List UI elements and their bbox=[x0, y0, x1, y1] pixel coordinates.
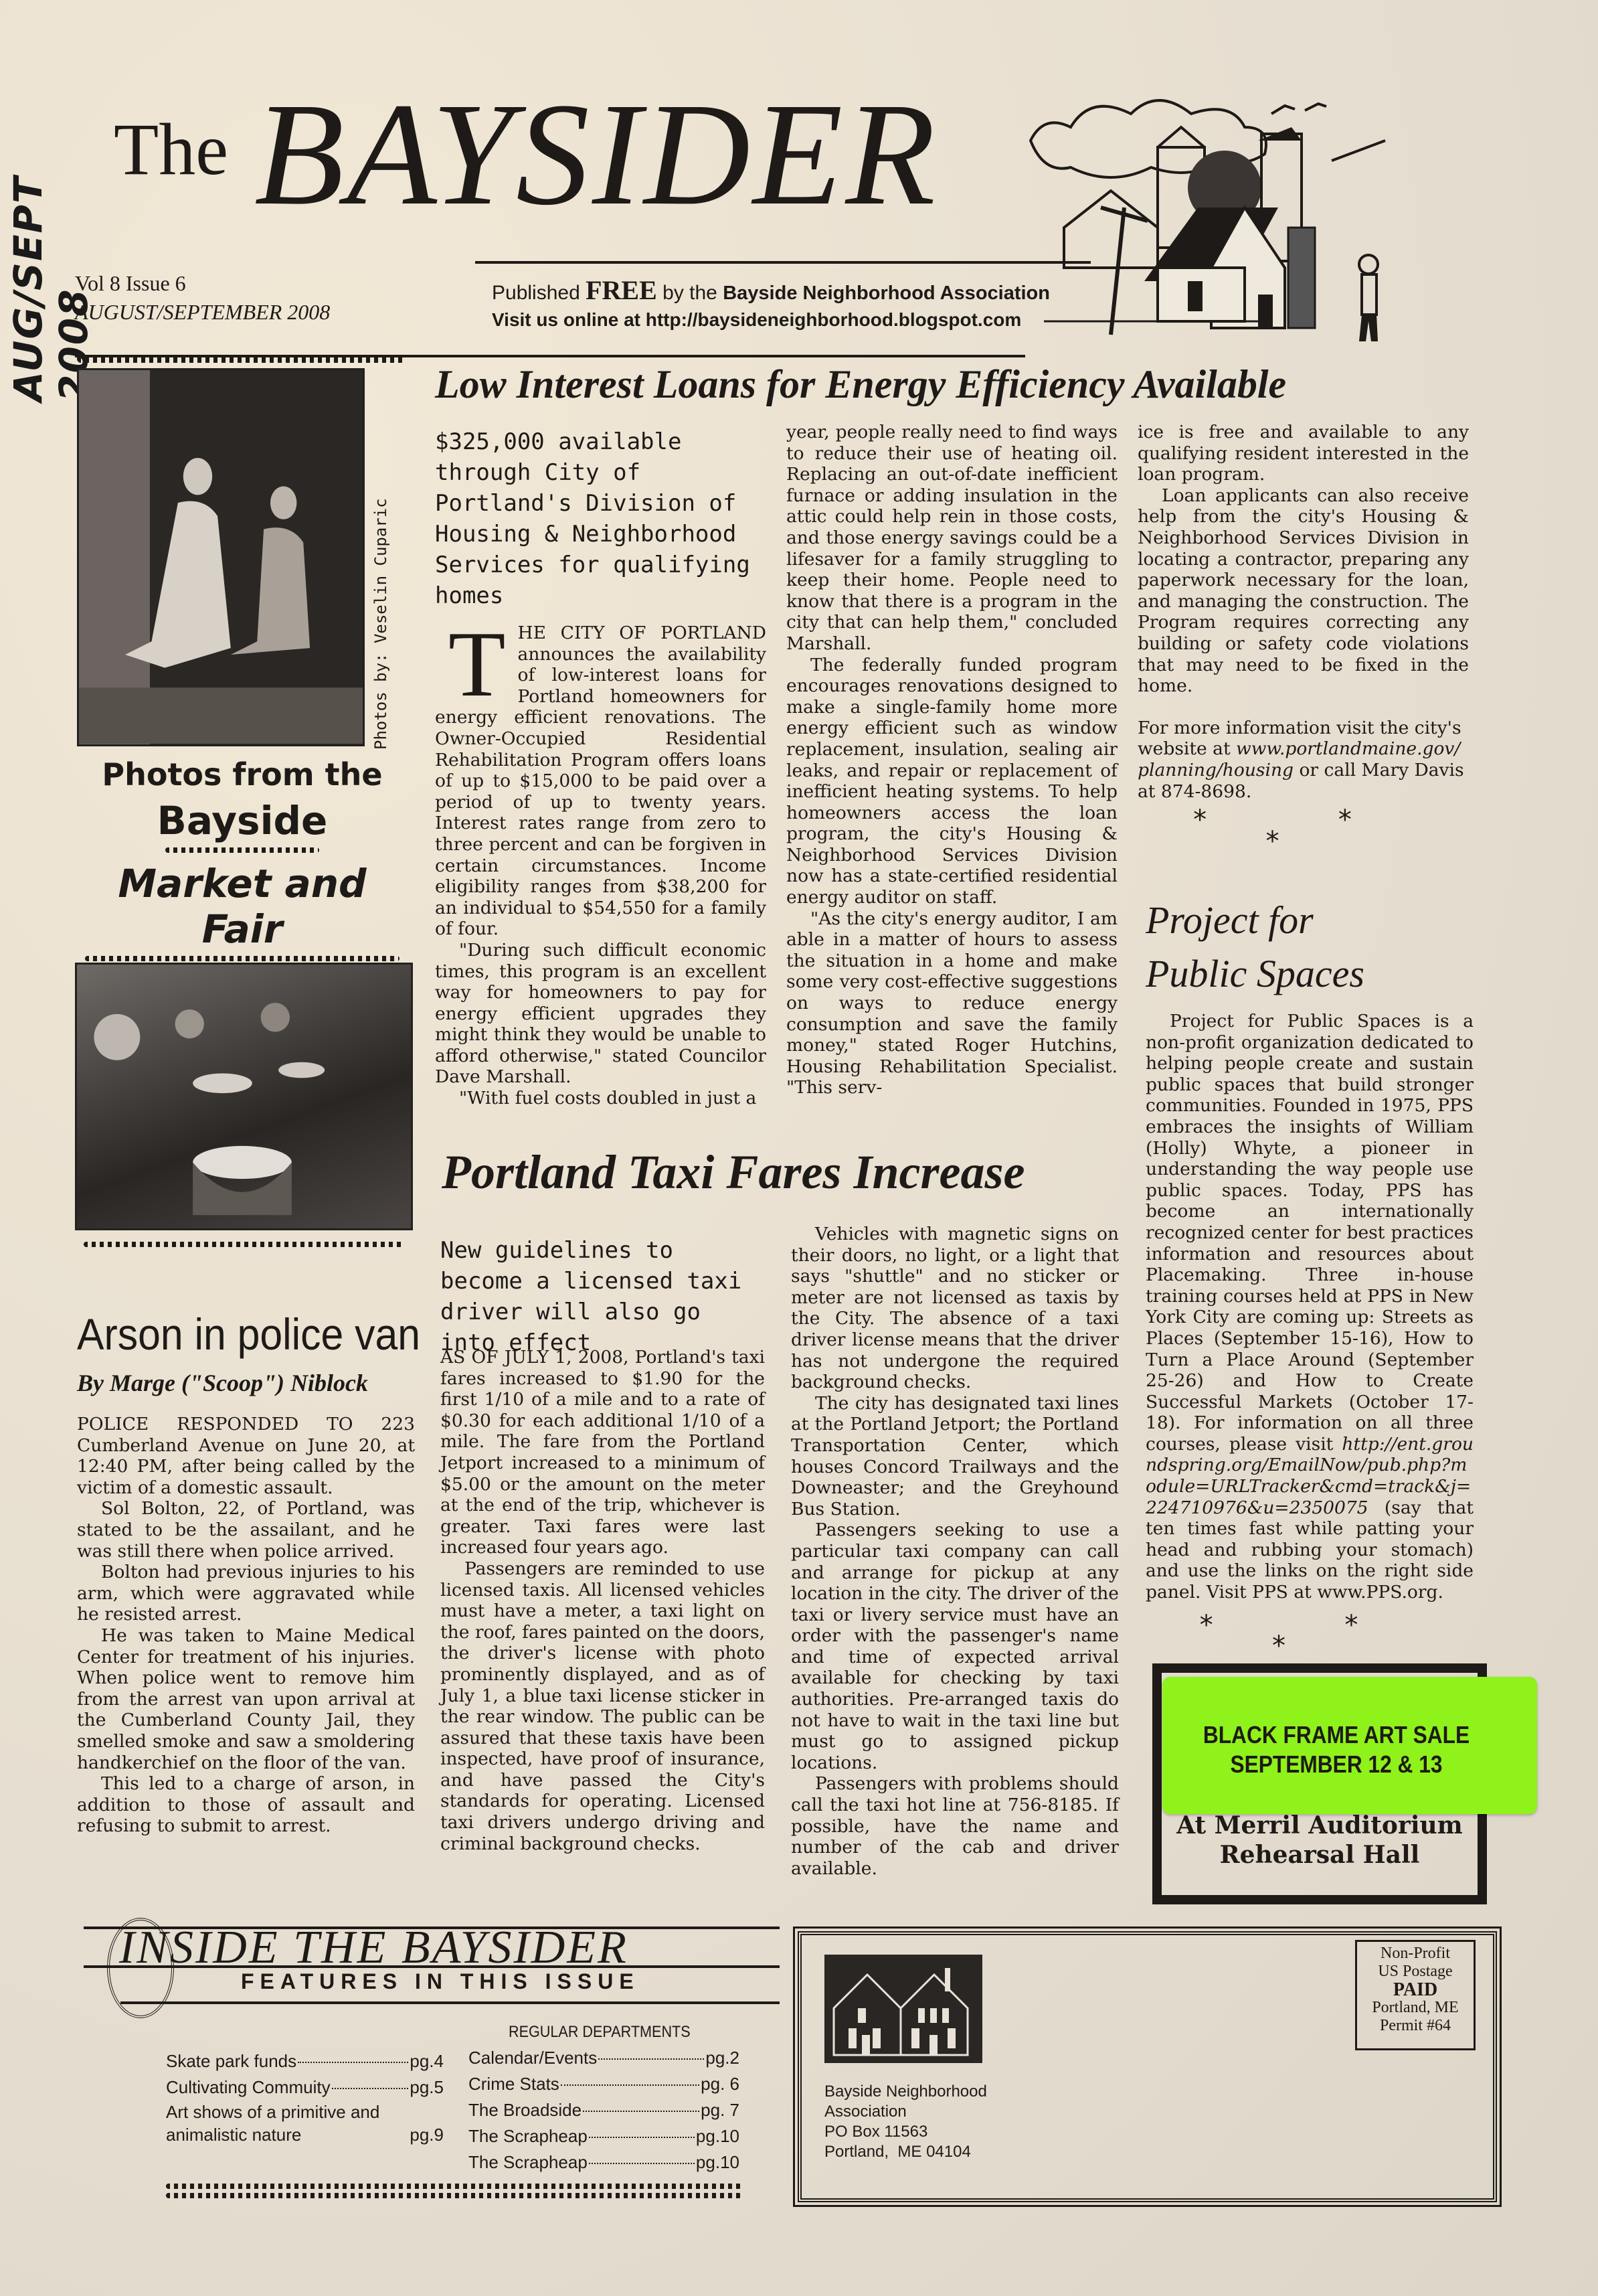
section-separator: * * * bbox=[1146, 1615, 1474, 1657]
toc-item[interactable]: The Broadsidepg. 7 bbox=[468, 2097, 739, 2123]
paragraph: Sol Bolton, 22, of Portland, was stated … bbox=[77, 1498, 415, 1562]
address-line: Association bbox=[824, 2102, 987, 2122]
promo-wavy-rule bbox=[165, 847, 319, 853]
paragraph: He was taken to Maine Medical Center for… bbox=[77, 1625, 415, 1773]
pps-body: Project for Public Spaces is a non-profi… bbox=[1146, 1011, 1474, 1657]
arson-headline[interactable]: Arson in police van bbox=[77, 1309, 420, 1360]
published-prefix: Published bbox=[492, 282, 580, 304]
toc-label: Calendar/Events bbox=[468, 2045, 597, 2071]
paragraph: Vehicles with magnetic signs on their do… bbox=[791, 1224, 1119, 1393]
published-free: FREE bbox=[586, 275, 657, 305]
arson-byline: By Marge ("Scoop") Niblock bbox=[77, 1369, 368, 1397]
masthead-title: BAYSIDER bbox=[254, 80, 938, 228]
paragraph: This led to a charge of arson, in additi… bbox=[77, 1773, 415, 1837]
taxi-column-2: Vehicles with magnetic signs on their do… bbox=[791, 1224, 1119, 1879]
neighborhood-houses-illustration-icon bbox=[957, 94, 1399, 348]
toc-page: pg.2 bbox=[705, 2045, 739, 2071]
loans-column-2: year, people really need to find ways to… bbox=[786, 422, 1118, 1098]
taxi-column-1: AS OF JULY 1, 2008, Portland's taxi fare… bbox=[440, 1347, 765, 1854]
dancers-silhouette-icon bbox=[79, 370, 363, 744]
promo-line3: Market and Fair bbox=[75, 861, 410, 952]
toc-item[interactable]: Cultivating Commuitypg.5 bbox=[166, 2074, 444, 2101]
toc-label: The Broadside bbox=[468, 2097, 582, 2123]
paragraph: POLICE RESPONDED TO 223 Cumberland Avenu… bbox=[77, 1414, 415, 1498]
toc-item[interactable]: Crime Statspg. 6 bbox=[468, 2071, 739, 2097]
art-sale-venue: At Merril Auditorium Rehearsal Hall bbox=[1162, 1811, 1478, 1870]
toc-label: Cultivating Commuity bbox=[166, 2074, 331, 2101]
photo-credit: Photos by: Veselin Cuparic bbox=[371, 375, 398, 750]
website-link[interactable]: Visit us online at http://baysideneighbo… bbox=[492, 309, 1021, 331]
pps-text: Project for Public Spaces is a non-profi… bbox=[1146, 1011, 1474, 1455]
toc-label: Crime Stats bbox=[468, 2071, 559, 2097]
inside-subtitle: FEATURES IN THIS ISSUE bbox=[241, 1969, 640, 1994]
dancers-photo bbox=[77, 368, 365, 746]
return-address: Bayside Neighborhood Association PO Box … bbox=[824, 2082, 987, 2162]
paragraph: Passengers seeking to use a particular t… bbox=[791, 1520, 1119, 1773]
sticker-line2: SEPTEMBER 12 & 13 bbox=[1183, 1750, 1490, 1779]
toc-item[interactable]: Skate park fundspg.4 bbox=[166, 2048, 444, 2074]
toc-page: pg. 7 bbox=[701, 2097, 739, 2123]
toc-page: pg.4 bbox=[410, 2048, 444, 2074]
paragraph: ice is free and available to any qualify… bbox=[1138, 422, 1469, 485]
toc-item[interactable]: The Scrapheappg.10 bbox=[468, 2149, 739, 2176]
paragraph: "During such difficult economic times, t… bbox=[435, 940, 766, 1088]
pps-headline[interactable]: Project for Public Spaces bbox=[1146, 894, 1364, 1001]
address-line: Portland, ME 04104 bbox=[824, 2142, 987, 2162]
drum-circle-photo bbox=[75, 963, 413, 1230]
taxi-deck: New guidelines to become a licensed taxi… bbox=[440, 1235, 762, 1358]
toc-label: The Scrapheap bbox=[468, 2123, 588, 2149]
taxi-headline[interactable]: Portland Taxi Fares Increase bbox=[442, 1145, 1025, 1200]
paragraph: Bolton had previous injuries to his arm,… bbox=[77, 1562, 415, 1625]
paragraph: Loan applicants can also receive help fr… bbox=[1138, 485, 1469, 697]
postage-line1: Non-Profit bbox=[1357, 1945, 1474, 1963]
toc-item[interactable]: Art shows of a primitive and animalistic… bbox=[166, 2101, 444, 2146]
published-by: by the bbox=[662, 282, 717, 304]
paragraph: year, people really need to find ways to… bbox=[786, 422, 1118, 655]
toc-label: Art shows of a primitive and animalistic… bbox=[166, 2102, 379, 2145]
postage-line5: Permit #64 bbox=[1357, 2017, 1474, 2035]
paragraph: The federally funded program encourages … bbox=[786, 655, 1118, 908]
toc-label: Skate park funds bbox=[166, 2048, 296, 2074]
toc-label: The Scrapheap bbox=[468, 2149, 588, 2176]
promo-line2: Bayside bbox=[75, 798, 410, 843]
arson-body: POLICE RESPONDED TO 223 Cumberland Avenu… bbox=[77, 1414, 415, 1837]
wavy-rule bbox=[77, 355, 405, 363]
dropcap: T bbox=[448, 628, 506, 702]
sticker-line1: BLACK FRAME ART SALE bbox=[1183, 1720, 1490, 1750]
loans-column-1: T HE CITY OF PORTLAND announces the avai… bbox=[435, 623, 766, 1109]
toc-item[interactable]: Calendar/Eventspg.2 bbox=[468, 2045, 739, 2071]
toc-page: pg.9 bbox=[410, 2123, 444, 2146]
art-sale-sticker-text: BLACK FRAME ART SALE SEPTEMBER 12 & 13 bbox=[1183, 1720, 1490, 1779]
wavy-rule bbox=[166, 2193, 741, 2198]
promo-line1: Photos from the bbox=[75, 756, 410, 793]
section-separator: * * * bbox=[1138, 810, 1469, 852]
toc-page: pg.5 bbox=[410, 2074, 444, 2101]
wavy-rule bbox=[166, 2184, 741, 2189]
venue-line2: Rehearsal Hall bbox=[1162, 1840, 1478, 1870]
regular-departments-label: REGULAR DEPARTMENTS bbox=[509, 2023, 691, 2042]
postage-indicia: Non-Profit US Postage PAID Portland, ME … bbox=[1355, 1940, 1476, 2050]
pps-headline-line1: Project for bbox=[1146, 894, 1364, 947]
inside-title: INSIDE THE BAYSIDER bbox=[119, 1921, 628, 1975]
paragraph: Passengers with problems should call the… bbox=[791, 1773, 1119, 1879]
wavy-rule bbox=[84, 1242, 405, 1247]
drummers-silhouette-icon bbox=[77, 965, 411, 1228]
masthead-the: The bbox=[114, 107, 228, 192]
loans-deck: $325,000 available through City of Portl… bbox=[435, 426, 770, 611]
volume-issue: Vol 8 Issue 6 bbox=[75, 271, 186, 296]
postage-paid: PAID bbox=[1357, 1981, 1474, 1999]
postage-line4: Portland, ME bbox=[1357, 1999, 1474, 2017]
toc-page: pg.10 bbox=[696, 2149, 739, 2176]
postage-line2: US Postage bbox=[1357, 1963, 1474, 1981]
paragraph: AS OF JULY 1, 2008, Portland's taxi fare… bbox=[440, 1347, 765, 1558]
toc-item[interactable]: The Scrapheappg.10 bbox=[468, 2123, 739, 2149]
paragraph: "As the city's energy auditor, I am able… bbox=[786, 908, 1118, 1098]
paragraph: Passengers are reminded to use licensed … bbox=[440, 1558, 765, 1854]
paragraph: "With fuel costs doubled in just a bbox=[435, 1088, 766, 1109]
address-line: PO Box 11563 bbox=[824, 2122, 987, 2142]
promo-wavy-rule-2 bbox=[85, 956, 399, 961]
pps-headline-line2: Public Spaces bbox=[1146, 947, 1364, 1001]
toc-page: pg.10 bbox=[696, 2123, 739, 2149]
toc-page: pg. 6 bbox=[701, 2071, 739, 2097]
departments-list: Calendar/Eventspg.2 Crime Statspg. 6 The… bbox=[468, 2045, 739, 2176]
venue-line1: At Merril Auditorium bbox=[1162, 1811, 1478, 1840]
loans-column-3: ice is free and available to any qualify… bbox=[1138, 422, 1469, 852]
features-list: Skate park fundspg.4 Cultivating Commuit… bbox=[166, 2048, 444, 2146]
handwritten-date-note: AUG/SEPT 2008 bbox=[5, 54, 52, 402]
loans-headline[interactable]: Low Interest Loans for Energy Efficiency… bbox=[435, 361, 1286, 408]
paragraph: The city has designated taxi lines at th… bbox=[791, 1393, 1119, 1520]
address-line: Bayside Neighborhood bbox=[824, 2082, 987, 2102]
bayside-houses-logo-icon bbox=[824, 1955, 982, 2063]
issue-date: AUGUST/SEPTEMBER 2008 bbox=[75, 300, 330, 325]
inside-rule bbox=[120, 2001, 780, 2004]
